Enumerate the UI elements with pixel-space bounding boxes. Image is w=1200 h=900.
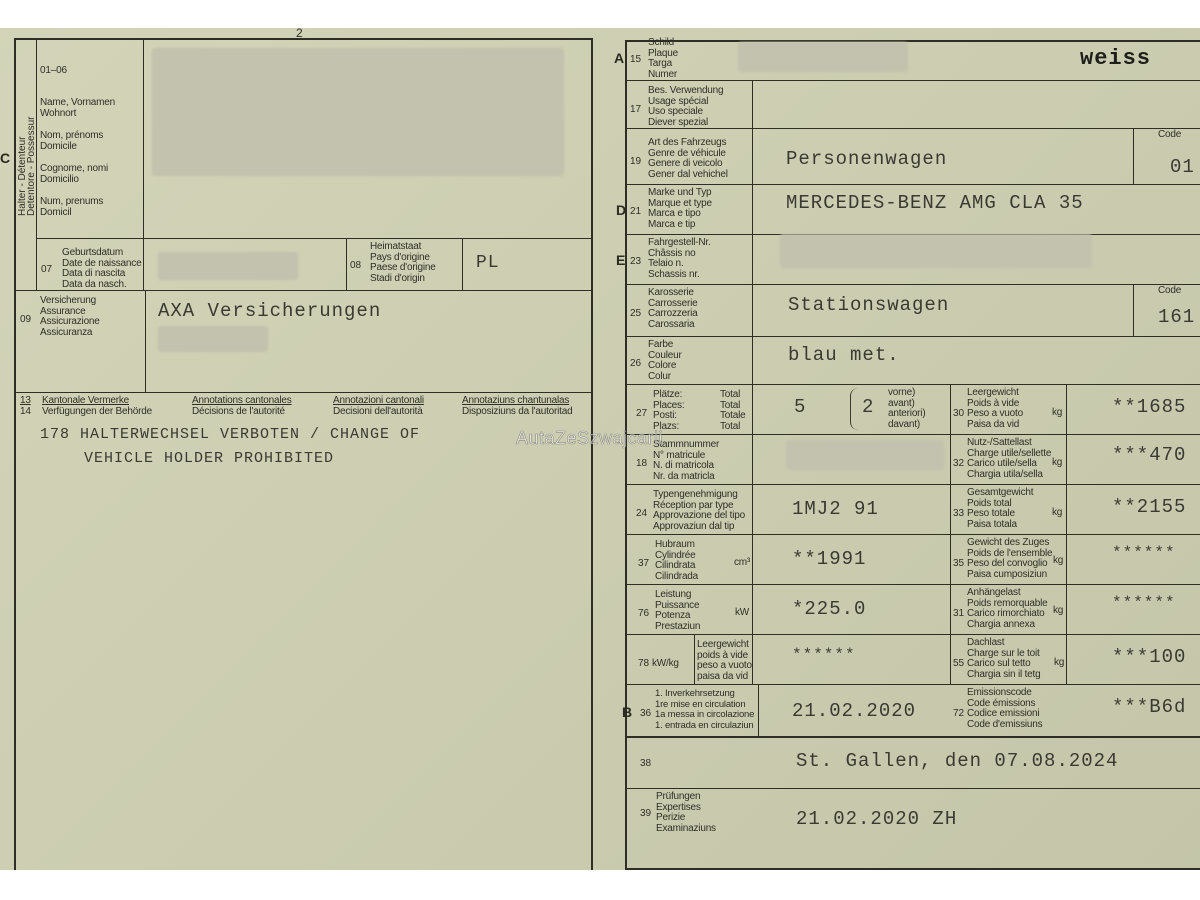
field-72-label: EmissionscodeCode émissionsCodice emissi… xyxy=(967,688,1042,730)
section-letter-d: D xyxy=(616,202,626,218)
issue-place-date-value: St. Gallen, den 07.08.2024 xyxy=(796,750,1118,772)
payload-value: ***470 xyxy=(1112,444,1186,466)
seats-front-value: 2 xyxy=(862,396,874,418)
type-approval-value: 1MJ2 91 xyxy=(792,498,879,520)
seats-total-value: 5 xyxy=(794,396,806,418)
trailer-load-value: ****** xyxy=(1112,594,1176,612)
field-15-code: 15 xyxy=(630,54,641,65)
field-33-label: GesamtgewichtPoids totalPeso totalePaisa… xyxy=(967,488,1033,530)
section-letter-e: E xyxy=(616,252,625,268)
field-25-code: 25 xyxy=(630,308,641,319)
field-08-code: 08 xyxy=(350,260,361,271)
field-30-label: LeergewichtPoids à videPeso a vuotoPaisa… xyxy=(967,388,1023,430)
field-39-label: PrüfungenExpertisesPerizieExaminaziuns xyxy=(656,792,716,834)
field-72-code: 72 xyxy=(953,708,964,719)
field-31-code: 31 xyxy=(953,608,964,619)
field-35-unit: kg xyxy=(1053,556,1063,567)
field-35-label: Gewicht des ZugesPoids de l'ensemblePeso… xyxy=(967,538,1052,580)
field-55-unit: kg xyxy=(1054,658,1064,669)
displacement-value: **1991 xyxy=(792,548,866,570)
holder-name-redacted xyxy=(152,48,564,176)
field-21-code: 21 xyxy=(630,206,641,217)
watermark: AutaZeSzwajcarii xyxy=(516,428,663,449)
field-76-label: LeistungPuissancePotenzaPrestaziun xyxy=(655,590,700,632)
field-37-code: 37 xyxy=(638,558,649,569)
field-35-code: 35 xyxy=(953,558,964,569)
field-19-code: 19 xyxy=(630,156,641,167)
power-value: *225.0 xyxy=(792,598,866,620)
field-21-label: Marke und TypMarque et typeMarca e tipoM… xyxy=(648,188,712,230)
total-weight-value: **2155 xyxy=(1112,496,1186,518)
field-23-code: 23 xyxy=(630,256,641,267)
seats-front-label: vorne)avant)anteriori)davant) xyxy=(888,388,925,430)
field-25-code-label: Code xyxy=(1158,286,1181,297)
insurance-value: AXA Versicherungen xyxy=(158,300,381,322)
annotations-header-it: Annotazioni cantonaliDecisioni dell'auto… xyxy=(333,396,424,417)
section-letter-b: B xyxy=(622,704,632,720)
field-19-label: Art des FahrzeugsGenre de véhiculeGenere… xyxy=(648,138,728,180)
field-32-label: Nutz-/SattellastCharge utile/selletteCar… xyxy=(967,438,1051,480)
power-to-weight-value: ****** xyxy=(792,646,856,664)
roof-load-value: ***100 xyxy=(1112,646,1186,668)
emission-code-value: ***B6d xyxy=(1112,696,1186,718)
body-type-code-value: 161 xyxy=(1158,306,1195,328)
vehicle-registration-document: 2 C Halter - Détenteur Detentore - Posse… xyxy=(0,28,1200,870)
field-07-code: 07 xyxy=(41,264,52,275)
field-01-06-code: 01–06 xyxy=(40,66,67,77)
chassis-number-redacted xyxy=(780,234,1092,268)
registry-number-redacted xyxy=(786,440,944,470)
field-78-label: Leergewichtpoids à videpeso a vuotopaisa… xyxy=(697,640,752,682)
vehicle-type-value: Personenwagen xyxy=(786,148,947,170)
field-39-code: 39 xyxy=(640,808,651,819)
annotations-header-rm: Annotaziuns chantunalasDisposiziuns da l… xyxy=(462,396,572,417)
field-37-label: HubraumCylindréeCilindrataCilindrada xyxy=(655,540,698,582)
field-13-14-codes: 1314 xyxy=(20,396,31,417)
insurance-number-redacted xyxy=(158,326,268,352)
field-09-code: 09 xyxy=(20,314,31,325)
annotations-header-de: Kantonale VermerkeVerfügungen der Behörd… xyxy=(42,396,152,417)
field-24-label: TypengenehmigungRéception par typeApprov… xyxy=(653,490,745,532)
field-07-label: GeburtsdatumDate de naissanceData di nas… xyxy=(62,248,141,290)
field-38-code: 38 xyxy=(640,758,651,769)
field-78-prefix: kW/kg xyxy=(652,659,679,670)
plate-number-redacted xyxy=(738,42,908,72)
field-37-unit: cm³ xyxy=(734,558,750,569)
inspections-value: 21.02.2020 ZH xyxy=(796,808,957,830)
field-24-code: 24 xyxy=(636,508,647,519)
body-type-value: Stationswagen xyxy=(788,294,949,316)
field-32-code: 32 xyxy=(953,458,964,469)
make-model-value: MERCEDES-BENZ AMG CLA 35 xyxy=(786,192,1084,214)
field-33-unit: kg xyxy=(1052,508,1062,519)
section-letter-c: C xyxy=(0,150,10,166)
field-76-code: 76 xyxy=(638,608,649,619)
field-27-sublabel: TotalTotalTotaleTotal xyxy=(720,390,746,432)
vehicle-type-code-value: 01 xyxy=(1170,156,1195,178)
field-08-label: HeimatstaatPays d'originePaese d'origine… xyxy=(370,242,436,284)
field-25-label: KarosserieCarrosserieCarrozzeriaCarossar… xyxy=(648,288,697,330)
field-76-unit: kW xyxy=(735,608,749,619)
field-36-code: 36 xyxy=(640,708,651,719)
annotations-header-fr: Annotations cantonalesDécisions de l'aut… xyxy=(192,396,292,417)
field-01-06-label: Name, VornamenWohnort Nom, prénomsDomici… xyxy=(40,98,115,218)
field-26-code: 26 xyxy=(630,358,641,369)
field-15-label: SchildPlaqueTargaNumer xyxy=(648,38,678,80)
field-31-unit: kg xyxy=(1053,606,1063,617)
annotation-line-1: 178 HALTERWECHSEL VERBOTEN / CHANGE OF xyxy=(40,426,420,443)
country-of-origin-value: PL xyxy=(476,253,500,273)
field-17-code: 17 xyxy=(630,104,641,115)
field-26-label: FarbeCouleurColoreColur xyxy=(648,340,682,382)
train-weight-value: ****** xyxy=(1112,544,1176,562)
field-36-label: 1. Inverkehrsetzung1re mise en circulati… xyxy=(655,689,754,731)
field-19-code-label: Code xyxy=(1158,130,1181,141)
field-18-code: 18 xyxy=(636,458,647,469)
color-value: blau met. xyxy=(788,344,900,366)
first-registration-value: 21.02.2020 xyxy=(792,700,916,722)
field-30-code: 30 xyxy=(953,408,964,419)
field-33-code: 33 xyxy=(953,508,964,519)
field-78-code: 78 xyxy=(638,658,649,669)
empty-weight-value: **1685 xyxy=(1112,396,1186,418)
field-31-label: AnhängelastPoids remorquableCarico rimor… xyxy=(967,588,1048,630)
birthdate-redacted xyxy=(158,252,298,280)
section-letter-a: A xyxy=(614,50,624,66)
field-30-unit: kg xyxy=(1052,408,1062,419)
field-27-code: 27 xyxy=(636,408,647,419)
field-55-label: DachlastCharge sur le toitCarico sul tet… xyxy=(967,638,1040,680)
annotation-line-2: VEHICLE HOLDER PROHIBITED xyxy=(84,450,334,467)
holder-vertical-label-2: Detentore - Possessur xyxy=(27,117,37,217)
field-55-code: 55 xyxy=(953,658,964,669)
plate-color-value: weiss xyxy=(1080,46,1151,71)
field-23-label: Fahrgestell-Nr.Châssis noTelaio n.Schass… xyxy=(648,238,711,280)
field-32-unit: kg xyxy=(1052,458,1062,469)
field-17-label: Bes. VerwendungUsage spécialUso speciale… xyxy=(648,86,723,128)
field-09-label: VersicherungAssuranceAssicurazioneAssicu… xyxy=(40,296,100,338)
field-27-label: Plätze:Places:Posti:Plazs: xyxy=(653,390,684,432)
brace-icon xyxy=(850,388,859,430)
